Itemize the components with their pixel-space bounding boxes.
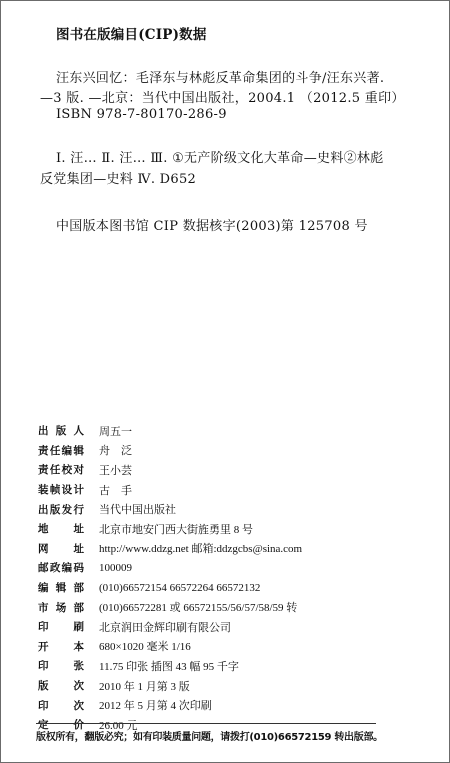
- info-value: 舟 泛: [99, 442, 132, 458]
- info-label-char: 出: [38, 423, 49, 438]
- info-label: 邮政编码: [38, 560, 84, 575]
- info-label-char: 人: [74, 423, 85, 438]
- info-value: 北京润田金辉印刷有限公司: [99, 619, 231, 635]
- info-label: 出版发行: [38, 502, 84, 517]
- info-label-char: 帧: [50, 482, 61, 497]
- info-label-char: 开: [38, 639, 49, 654]
- info-label: 出版人: [38, 423, 84, 438]
- info-label-char: 政: [50, 560, 61, 575]
- info-row: 责任校对王小芸: [38, 460, 302, 480]
- info-label-char: 行: [73, 502, 84, 517]
- info-label-char: 场: [56, 600, 67, 615]
- info-label: 网址: [38, 541, 84, 556]
- info-label-char: 版: [56, 423, 67, 438]
- info-label: 编辑部: [38, 580, 84, 595]
- info-label-char: 网: [38, 541, 49, 556]
- info-value: 周五一: [99, 423, 132, 439]
- info-label-char: 张: [74, 658, 85, 673]
- info-label-char: 址: [74, 541, 85, 556]
- info-row: 印张11.75 印张 插图 43 幅 95 千字: [38, 656, 302, 676]
- info-label-char: 编: [62, 443, 73, 458]
- info-label: 责任校对: [38, 462, 84, 477]
- info-label-char: 码: [73, 560, 84, 575]
- cip-title-line: 汪东兴回忆：毛泽东与林彪反革命集团的斗争/汪东兴著.: [56, 67, 384, 86]
- info-label: 责任编辑: [38, 443, 84, 458]
- info-label-char: 计: [73, 482, 84, 497]
- cip-edition-line: —3 版. —北京：当代中国出版社，2004.1 （2012.5 重印）: [40, 87, 405, 106]
- info-label: 印次: [38, 698, 84, 713]
- info-row: 印次2012 年 5 月第 4 次印刷: [38, 695, 302, 715]
- info-label-char: 邮: [38, 560, 49, 575]
- info-row: 编辑部(010)66572154 66572264 66572132: [38, 578, 302, 598]
- info-label: 开本: [38, 639, 84, 654]
- info-label-char: 地: [38, 521, 49, 536]
- info-label-char: 辑: [56, 580, 67, 595]
- publication-info-table: 出版人周五一责任编辑舟 泛责任校对王小芸装帧设计古 手出版发行当代中国出版社地址…: [38, 421, 302, 735]
- cip-subject-line-cont: 反党集团—史料 Ⅳ. D652: [40, 168, 196, 187]
- info-label-char: 校: [62, 462, 73, 477]
- info-label-char: 设: [62, 482, 73, 497]
- info-label-char: 部: [74, 600, 85, 615]
- cip-record-number: 中国版本图书馆 CIP 数据核字(2003)第 125708 号: [56, 215, 368, 234]
- info-value: 100009: [99, 562, 132, 574]
- info-row: 责任编辑舟 泛: [38, 441, 302, 461]
- info-label: 印张: [38, 658, 84, 673]
- info-label-char: 印: [38, 619, 49, 634]
- info-label-char: 印: [38, 698, 49, 713]
- info-value: http://www.ddzg.net 邮箱:ddzgcbs@sina.com: [99, 540, 302, 556]
- info-row: 印刷北京润田金辉印刷有限公司: [38, 617, 302, 637]
- info-label: 版次: [38, 678, 84, 693]
- info-value: 王小芸: [99, 462, 132, 478]
- info-row: 地址北京市地安门西大街旌勇里 8 号: [38, 519, 302, 539]
- info-label-char: 责: [38, 443, 49, 458]
- info-row: 装帧设计古 手: [38, 480, 302, 500]
- info-label-char: 次: [74, 678, 85, 693]
- info-label: 地址: [38, 521, 84, 536]
- copyright-page: 图书在版编目(CIP)数据 汪东兴回忆：毛泽东与林彪反革命集团的斗争/汪东兴著.…: [0, 0, 450, 763]
- info-row: 开本680×1020 毫米 1/16: [38, 637, 302, 657]
- info-value: 当代中国出版社: [99, 501, 176, 517]
- info-label-char: 本: [74, 639, 85, 654]
- info-row: 市场部(010)66572281 或 66572155/56/57/58/59 …: [38, 597, 302, 617]
- info-label-char: 址: [74, 521, 85, 536]
- info-label-char: 版: [50, 502, 61, 517]
- info-value: 古 手: [99, 482, 132, 498]
- info-label-char: 编: [38, 580, 49, 595]
- info-label-char: 任: [50, 462, 61, 477]
- info-label: 市场部: [38, 600, 84, 615]
- cip-heading: 图书在版编目(CIP)数据: [56, 23, 207, 43]
- info-row: 出版人周五一: [38, 421, 302, 441]
- info-label-char: 发: [62, 502, 73, 517]
- info-row: 版次2010 年 1 月第 3 版: [38, 676, 302, 696]
- info-label-char: 编: [62, 560, 73, 575]
- info-row: 网址http://www.ddzg.net 邮箱:ddzgcbs@sina.co…: [38, 539, 302, 559]
- info-label-char: 版: [38, 678, 49, 693]
- cip-isbn-line: ISBN 978-7-80170-286-9: [56, 107, 227, 122]
- info-label-char: 刷: [74, 619, 85, 634]
- info-value: (010)66572281 或 66572155/56/57/58/59 转: [99, 599, 297, 615]
- info-label-char: 辑: [73, 443, 84, 458]
- info-row: 邮政编码100009: [38, 558, 302, 578]
- info-value: (010)66572154 66572264 66572132: [99, 582, 260, 594]
- info-label-char: 出: [38, 502, 49, 517]
- info-label: 装帧设计: [38, 482, 84, 497]
- cip-subject-line: Ⅰ. 汪… Ⅱ. 汪… Ⅲ. ①无产阶级文化大革命—史料②林彪: [56, 147, 384, 166]
- info-label-char: 责: [38, 462, 49, 477]
- info-label-char: 对: [73, 462, 84, 477]
- footer-divider: [36, 723, 376, 724]
- info-label-char: 市: [38, 600, 49, 615]
- info-label-char: 印: [38, 658, 49, 673]
- info-label-char: 部: [74, 580, 85, 595]
- info-value: 北京市地安门西大街旌勇里 8 号: [99, 521, 253, 537]
- info-value: 11.75 印张 插图 43 幅 95 千字: [99, 658, 239, 674]
- copyright-notice: 版权所有，翻版必究；如有印装质量问题，请拨打(010)66572159 转出版部…: [36, 728, 383, 743]
- info-label-char: 任: [50, 443, 61, 458]
- info-label-char: 装: [38, 482, 49, 497]
- info-label-char: 次: [74, 698, 85, 713]
- info-label: 印刷: [38, 619, 84, 634]
- info-value: 2010 年 1 月第 3 版: [99, 678, 190, 694]
- info-value: 2012 年 5 月第 4 次印刷: [99, 697, 212, 713]
- info-value: 680×1020 毫米 1/16: [99, 638, 191, 654]
- info-row: 出版发行当代中国出版社: [38, 499, 302, 519]
